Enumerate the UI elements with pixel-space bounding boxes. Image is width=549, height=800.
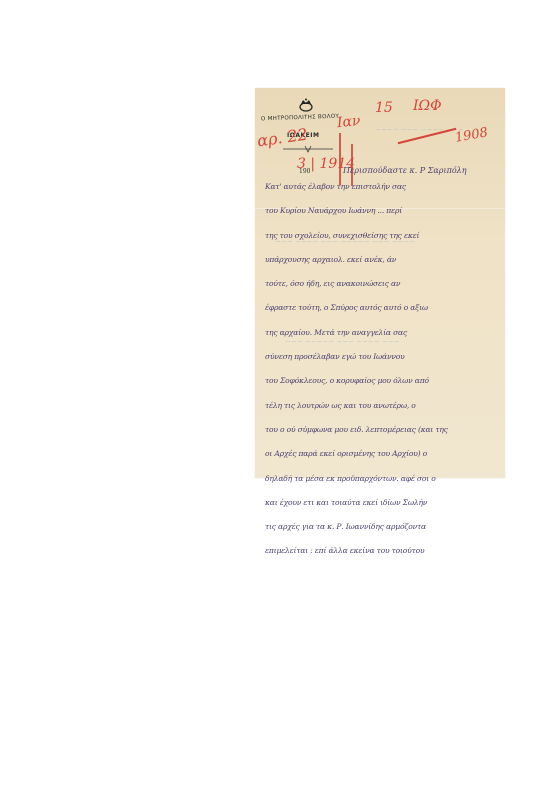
body-line: οι Αρχές παρά εκεί ορισμένης του Αρχίου)… (265, 449, 501, 473)
body-line: του ο ού σύμφωνα μου ειδ. λεπτομέρειας (… (265, 425, 501, 449)
body-line: του Κυρίου Ναυάρχου Ιωάννη ... περί (265, 206, 501, 230)
body-line: του Σοφόκλεους, ο κορυφαίος μου όλων από (265, 376, 501, 400)
body-line: και έχουν ετι και τοιαύτα εκεί ιδίων Σωλ… (265, 498, 501, 522)
letter-page: ~~~ ~~~~ ~~~ ~~~~ ~~~~ ~~~ ~~~~~ ~~~ ~~~… (255, 88, 505, 478)
body-line: τις αρχές για τα κ. Ρ. Ιωαννίδης αρμόζον… (265, 522, 501, 546)
letter-body: Κατ' αυτάς έλαβον την επιστολήν σας του … (265, 182, 501, 571)
body-line: τέλη τις λουτρών ως και του ανωτέρω, ο (265, 401, 501, 425)
red-stroke (351, 144, 353, 186)
body-line: σύνεση προσέλαβαν εγώ του Ιωάννου (265, 352, 501, 376)
crown-crest-icon (298, 98, 314, 112)
red-annotation: 15 (375, 100, 393, 116)
letterhead-title: Ο ΜΗΤΡΟΠΟΛΙΤΗΣ ΒΟΛΟΥ (261, 114, 339, 123)
body-line: επιμελείται : επί άλλα εκείνα του τοιούτ… (265, 546, 501, 570)
body-line: Κατ' αυτάς έλαβον την επιστολήν σας (265, 182, 501, 206)
body-line: έφραστε τούτη, ο Σπύρος αυτός αυτό ο αξι… (265, 303, 501, 327)
red-stroke (339, 133, 341, 185)
body-line: δηλαδή τα μέσα εκ προϋπαρχόντων. αφέ σοι… (265, 474, 501, 498)
body-line: της του σχολείου, συνεχισθείσης της εκεί (265, 231, 501, 255)
body-line: τούτε, όσο ήδη, εις ανακοινώσεις αν (265, 279, 501, 303)
body-line: υπάρχουσης αρχαιολ. εκεί ανέκ, άν (265, 255, 501, 279)
red-annotation: Ιαν (336, 113, 361, 131)
red-annotation: ΙΩΦ (413, 98, 442, 114)
letter-greeting: Περισπούδαστε κ. Ρ Σαριπόλη (343, 166, 467, 175)
body-line: της αρχαίου. Μετά την αναγγελία σας (265, 328, 501, 352)
